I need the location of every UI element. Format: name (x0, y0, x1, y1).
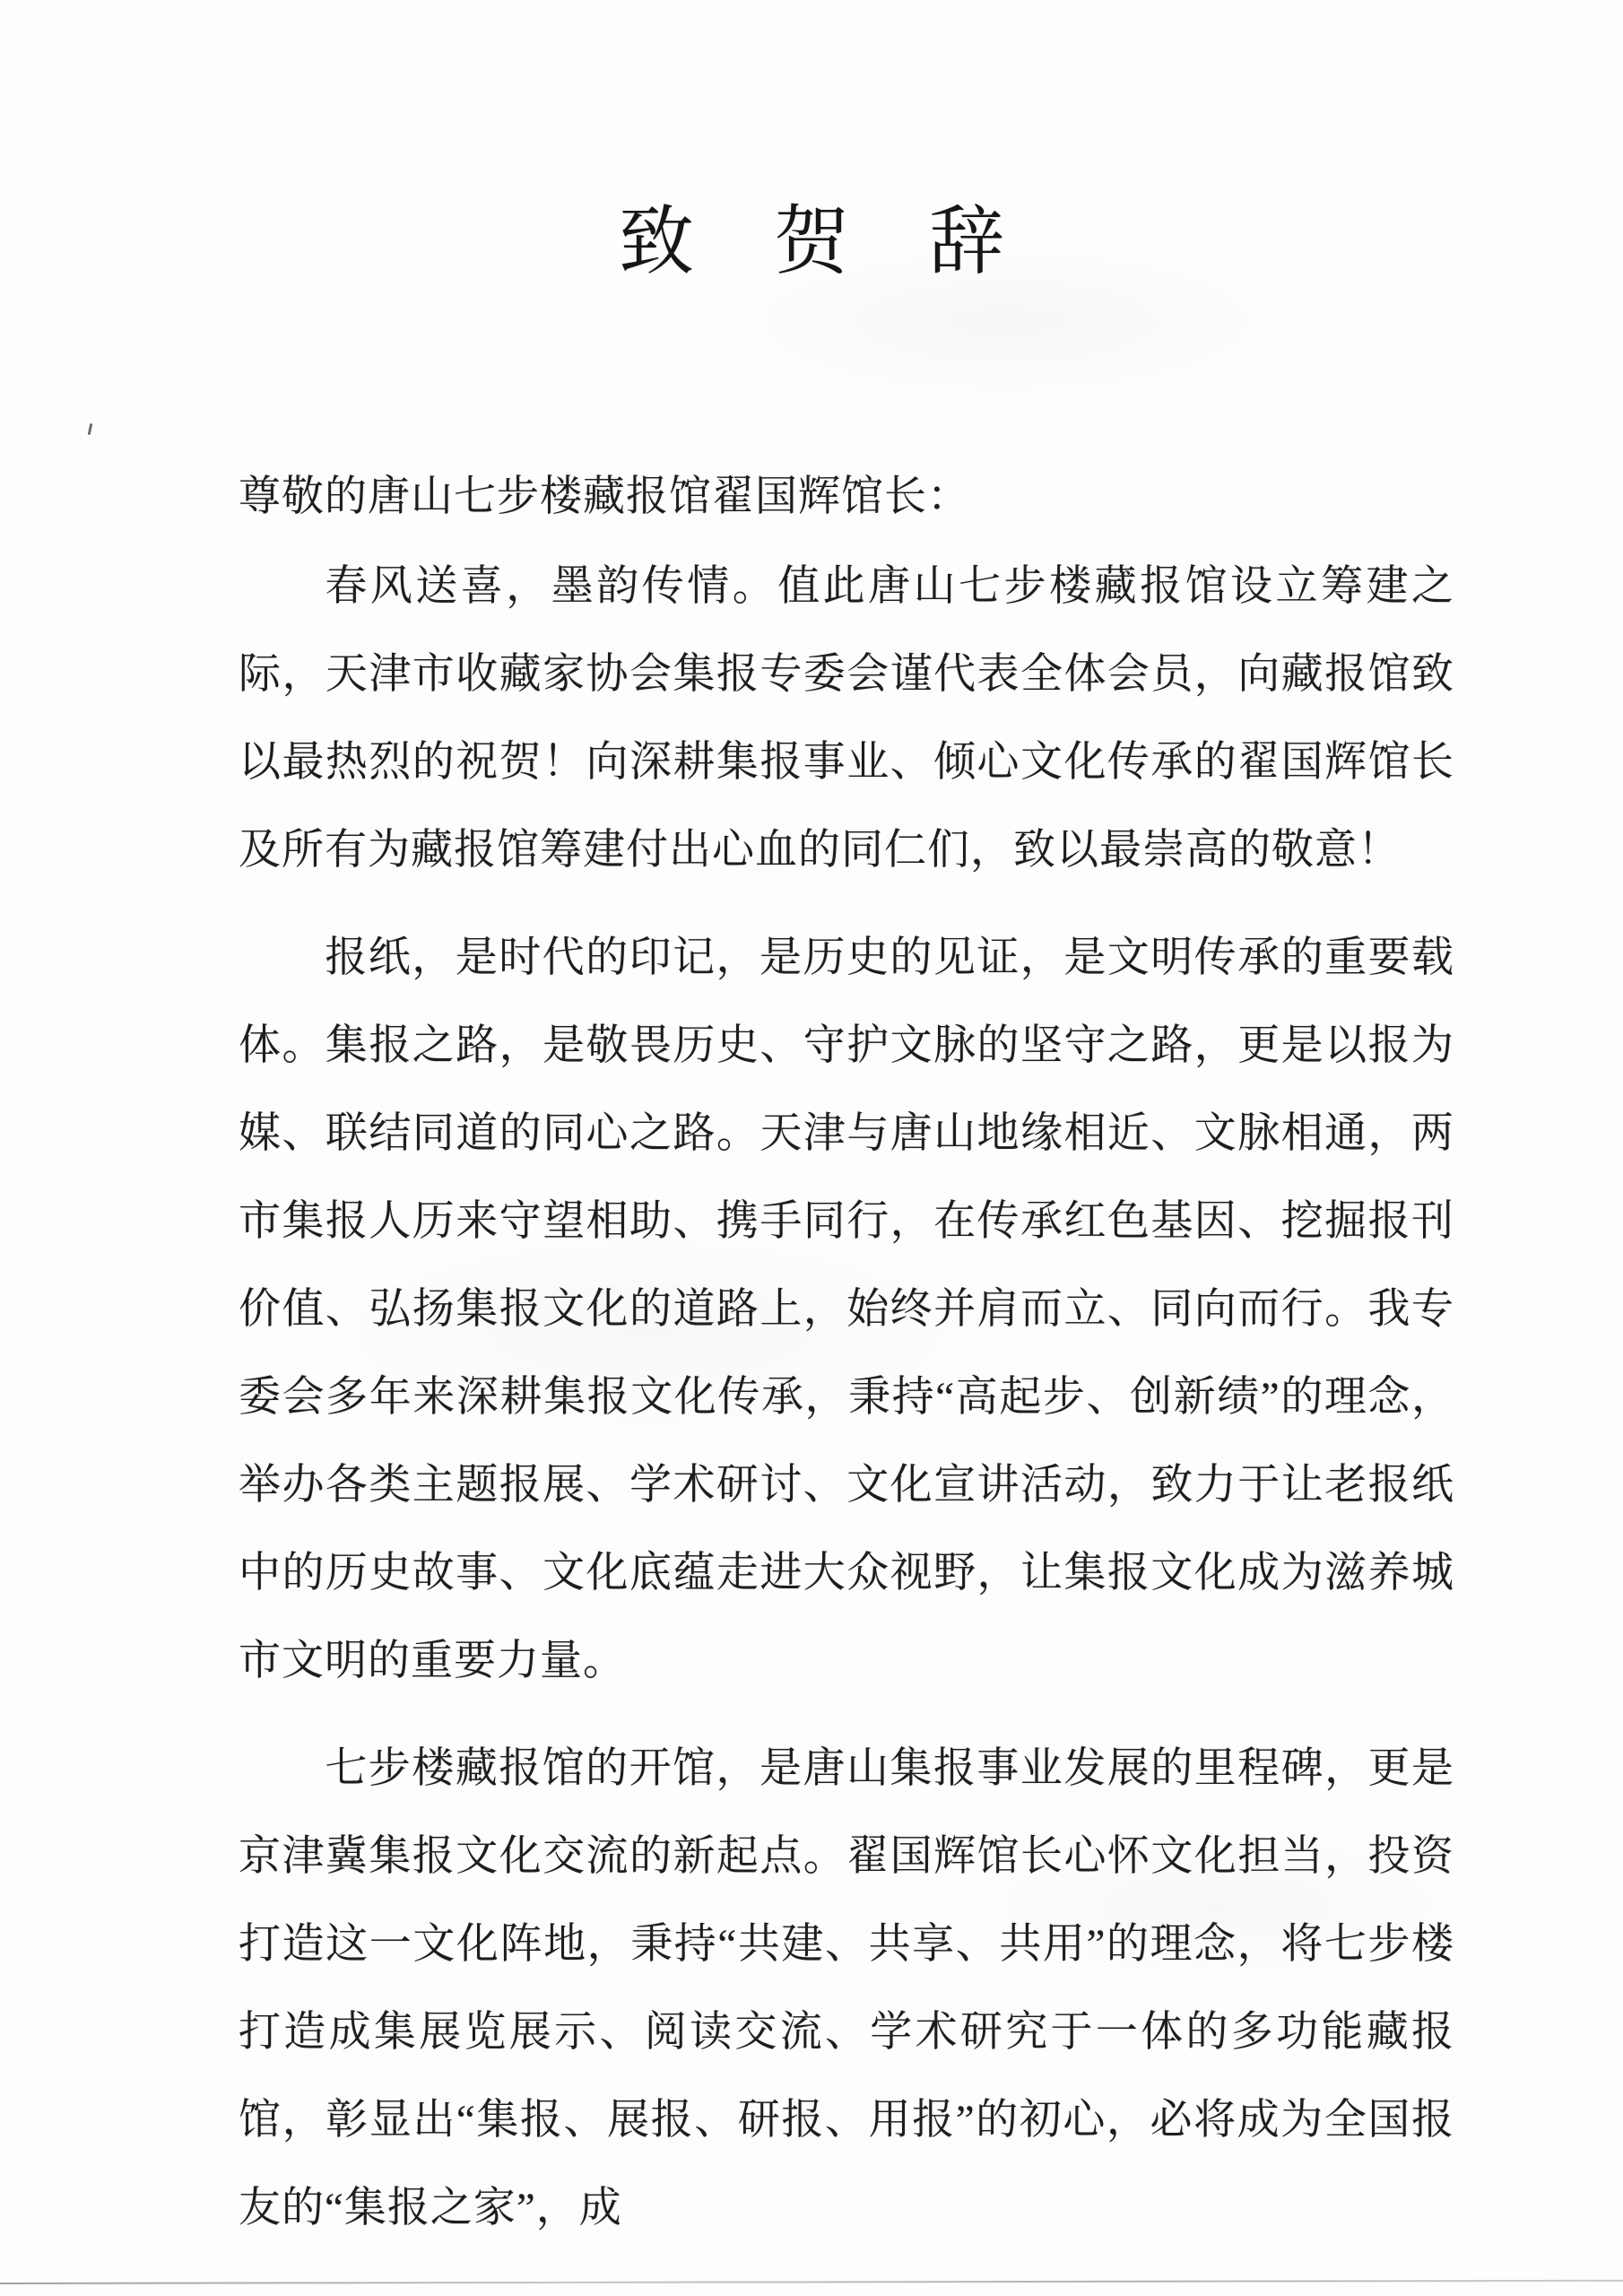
salutation-line: 尊敬的唐山七步楼藏报馆翟国辉馆长： (239, 453, 1454, 541)
scan-edge-line (0, 2280, 1623, 2284)
page-title: 致 贺 辞 (0, 0, 1623, 290)
paragraph-newspaper-legacy: 报纸，是时代的印记，是历史的见证，是文明传承的重要载体。集报之路，是敬畏历史、守… (239, 914, 1454, 1705)
paragraph-museum-opening: 七步楼藏报馆的开馆，是唐山集报事业发展的里程碑，更是京津冀集报文化交流的新起点。… (239, 1725, 1454, 2252)
paragraph-greeting: 春风送喜，墨韵传情。值此唐山七步楼藏报馆设立筹建之际，天津市收藏家协会集报专委会… (239, 543, 1454, 894)
scan-speck-artifact (88, 423, 93, 435)
letter-body: 尊敬的唐山七步楼藏报馆翟国辉馆长： 春风送喜，墨韵传情。值此唐山七步楼藏报馆设立… (239, 453, 1454, 2272)
scanned-letter-page: 致 贺 辞 尊敬的唐山七步楼藏报馆翟国辉馆长： 春风送喜，墨韵传情。值此唐山七步… (0, 0, 1623, 2296)
